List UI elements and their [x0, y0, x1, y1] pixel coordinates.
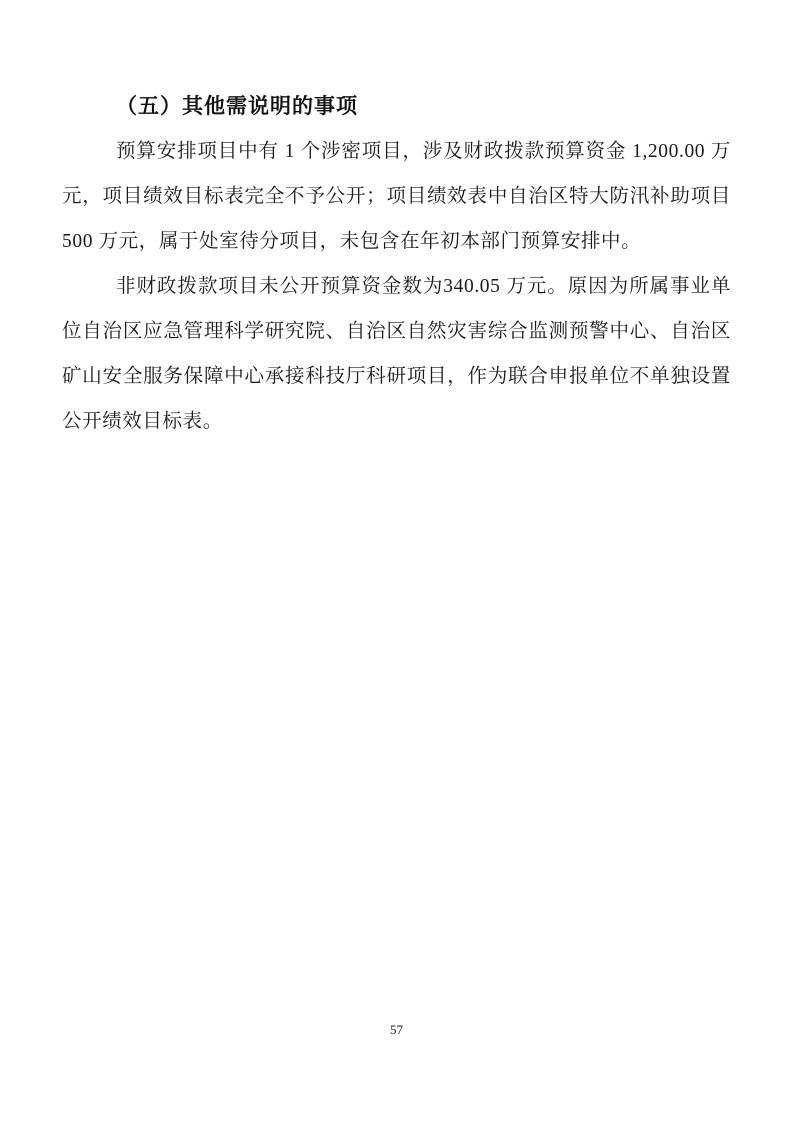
paragraph-non-fiscal-funds: 非财政拨款项目未公开预算资金数为340.05 万元。原因为所属事业单位自治区应急… — [62, 264, 731, 444]
paragraph-budget-classified-projects: 预算安排项目中有 1 个涉密项目，涉及财政拨款预算资金 1,200.00 万元，… — [62, 129, 731, 264]
section-heading: （五）其他需说明的事项 — [62, 84, 731, 129]
page-number: 57 — [0, 1022, 793, 1038]
document-page: （五）其他需说明的事项 预算安排项目中有 1 个涉密项目，涉及财政拨款预算资金 … — [0, 0, 793, 1122]
section-content: （五）其他需说明的事项 预算安排项目中有 1 个涉密项目，涉及财政拨款预算资金 … — [62, 84, 731, 444]
